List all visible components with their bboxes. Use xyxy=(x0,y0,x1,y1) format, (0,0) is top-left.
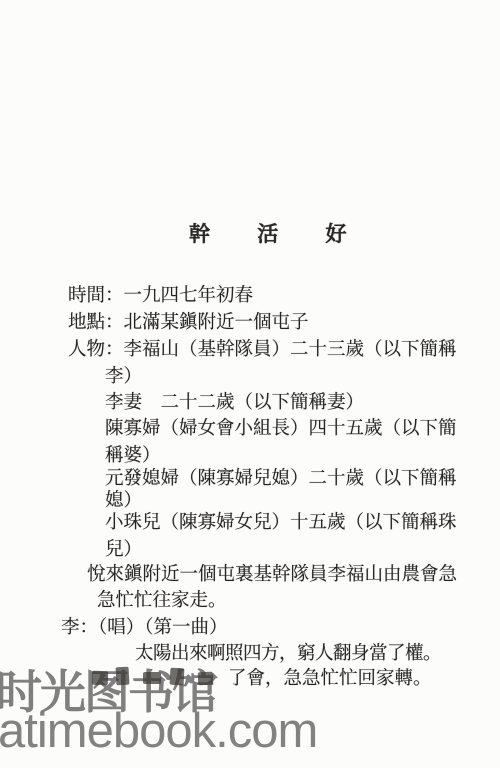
stage-direction-line: 悅來鎭附近一個屯裏基幹隊員李福山由農會急 xyxy=(87,565,457,585)
obscured-print-fragment xyxy=(116,667,130,686)
lyric-line: 了會，急急忙忙回家轉。 xyxy=(228,669,432,689)
cast-line: 李妻 二十二歲（以下簡稱妻） xyxy=(105,393,364,413)
obscured-print-fragment xyxy=(170,668,185,686)
obscured-print-fragment xyxy=(143,672,161,684)
place-line: 地點：北滿某鎭附近一個屯子 xyxy=(68,313,309,333)
stage-direction-line: 急忙忙往家走。 xyxy=(97,591,227,611)
cast-line: 小珠兒（陳寡婦女兒）十五歲（以下簡稱珠 xyxy=(105,513,457,533)
obscured-print-fragment xyxy=(198,672,213,686)
song-intro-line: 李：（唱）（第一曲） xyxy=(61,618,228,638)
cast-line: 兒） xyxy=(105,540,142,560)
scanned-script-page: 幹 活 好 時間：一九四七年初春 地點：北滿某鎭附近一個屯子 人物：李福山（基幹… xyxy=(0,0,500,768)
cast-line: 稱婆） xyxy=(105,446,161,466)
obscured-print-fragment xyxy=(92,671,108,686)
play-title: 幹 活 好 xyxy=(189,218,368,248)
cast-line: 李） xyxy=(105,367,142,387)
cast-line: 陳寡婦（婦女會小組長）四十五歲（以下簡 xyxy=(105,419,457,439)
time-line: 時間：一九四七年初春 xyxy=(68,286,253,306)
cast-line: 人物：李福山（基幹隊員）二十三歲（以下簡稱 xyxy=(68,340,457,360)
cast-line: 元發媳婦（陳寡婦兒媳）二十歲（以下簡稱 xyxy=(105,469,457,489)
cast-line: 媳） xyxy=(105,491,142,511)
watermark-site-url: atimebook.com xyxy=(0,703,317,759)
